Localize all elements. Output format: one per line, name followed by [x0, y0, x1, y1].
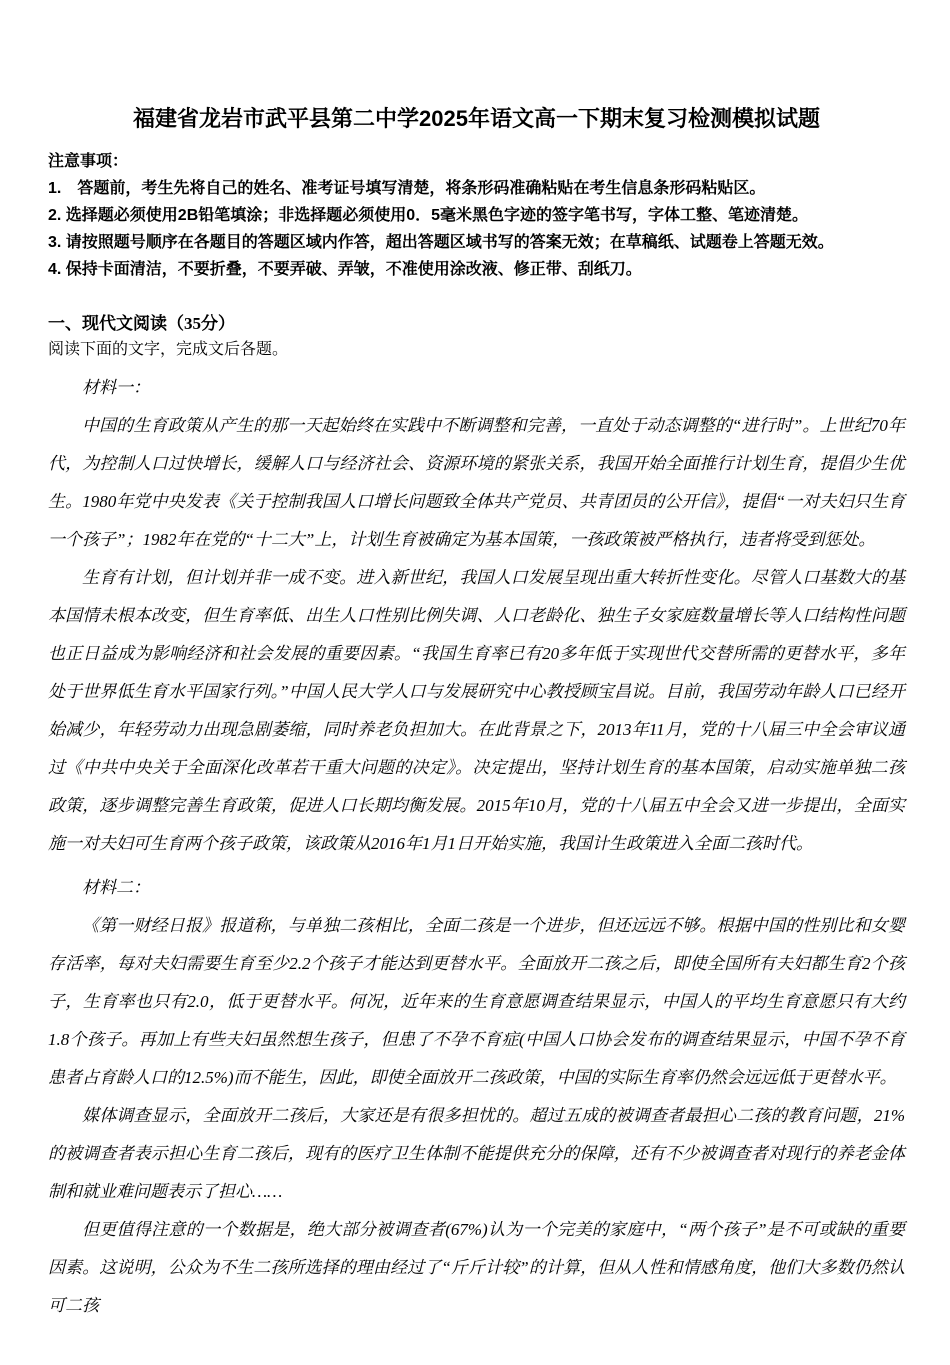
- section-one-heading: 一、现代文阅读（35分）: [48, 311, 905, 337]
- notice-item-3: 3. 请按照题号顺序在各题目的答题区域内作答，超出答题区域书写的答案无效；在草稿…: [48, 229, 905, 256]
- notice-item-1: 1. 答题前，考生先将自己的姓名、准考证号填写清楚，将条形码准确粘贴在考生信息条…: [48, 175, 905, 202]
- exam-paper-page: 福建省龙岩市武平县第二中学2025年语文高一下期末复习检测模拟试题 注意事项： …: [0, 0, 950, 1365]
- notice-heading: 注意事项：: [48, 148, 905, 175]
- material-paragraph: 中国的生育政策从产生的那一天起始终在实践中不断调整和完善，一直处于动态调整的“进…: [48, 407, 905, 559]
- material-one: 材料一： 中国的生育政策从产生的那一天起始终在实践中不断调整和完善，一直处于动态…: [48, 369, 905, 863]
- notice-item-2: 2. 选择题必须使用2B铅笔填涂；非选择题必须使用0．5毫米黑色字迹的签字笔书写…: [48, 202, 905, 229]
- notice-item-4: 4. 保持卡面清洁，不要折叠，不要弄破、弄皱，不准使用涂改液、修正带、刮纸刀。: [48, 256, 905, 283]
- material-paragraph: 但更值得注意的一个数据是，绝大部分被调查者(67%)认为一个完美的家庭中，“两个…: [48, 1211, 905, 1325]
- material-two-label: 材料二：: [48, 869, 905, 907]
- material-paragraph: 媒体调查显示，全面放开二孩后，大家还是有很多担忧的。超过五成的被调查者最担心二孩…: [48, 1097, 905, 1211]
- material-paragraph: 《第一财经日报》报道称，与单独二孩相比，全面二孩是一个进步，但还远远不够。根据中…: [48, 907, 905, 1097]
- material-paragraph: 生育有计划，但计划并非一成不变。进入新世纪，我国人口发展呈现出重大转折性变化。尽…: [48, 559, 905, 863]
- notice-section: 注意事项： 1. 答题前，考生先将自己的姓名、准考证号填写清楚，将条形码准确粘贴…: [48, 148, 905, 283]
- material-one-label: 材料一：: [48, 369, 905, 407]
- page-title: 福建省龙岩市武平县第二中学2025年语文高一下期末复习检测模拟试题: [48, 104, 905, 134]
- material-two: 材料二： 《第一财经日报》报道称，与单独二孩相比，全面二孩是一个进步，但还远远不…: [48, 869, 905, 1325]
- section-one-intro: 阅读下面的文字，完成文后各题。: [48, 337, 905, 363]
